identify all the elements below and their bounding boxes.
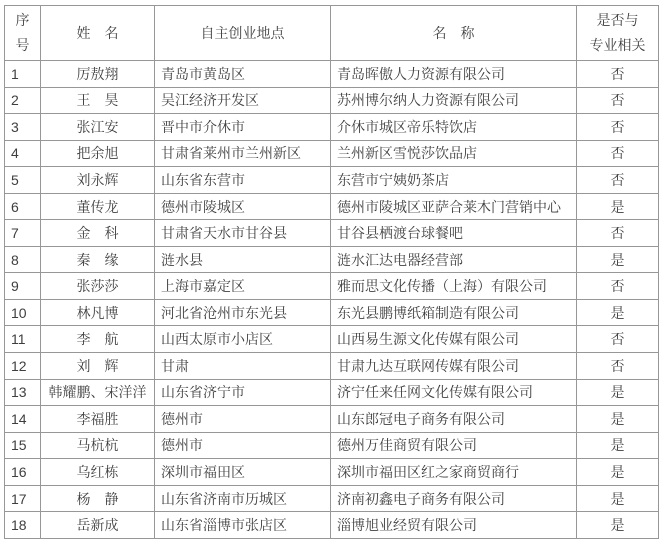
cell-startup-location: 山东省济南市历城区 <box>155 485 331 512</box>
cell-major-related: 是 <box>577 512 659 539</box>
cell-major-related: 是 <box>577 193 659 220</box>
cell-seq-number: 13 <box>5 379 41 406</box>
cell-person-name: 韩耀鹏、宋洋洋 <box>41 379 155 406</box>
cell-major-related: 否 <box>577 353 659 380</box>
table-row: 16 乌红栋 深圳市福田区 深圳市福田区红之家商贸商行 是 <box>5 459 659 486</box>
cell-business-name: 青岛晖傲人力资源有限公司 <box>331 61 577 88</box>
cell-startup-location: 晋中市介休市 <box>155 114 331 141</box>
cell-startup-location: 德州市陵城区 <box>155 193 331 220</box>
cell-startup-location: 山东省东营市 <box>155 167 331 194</box>
cell-major-related: 是 <box>577 459 659 486</box>
table-row: 11 李 航 山西太原市小店区 山西易生源文化传媒有限公司 否 <box>5 326 659 353</box>
header-person-name: 姓 名 <box>41 6 155 61</box>
table-row: 1 厉敖翔 青岛市黄岛区 青岛晖傲人力资源有限公司 否 <box>5 61 659 88</box>
cell-seq-number: 2 <box>5 87 41 114</box>
cell-startup-location: 山东省济宁市 <box>155 379 331 406</box>
table-row: 7 金 科 甘肃省天水市甘谷县 甘谷县栖渡台球餐吧 否 <box>5 220 659 247</box>
cell-seq-number: 12 <box>5 353 41 380</box>
table-row: 15 马杭杭 德州市 德州万佳商贸有限公司 是 <box>5 432 659 459</box>
cell-business-name: 淄博旭业经贸有限公司 <box>331 512 577 539</box>
cell-business-name: 东光县鹏博纸箱制造有限公司 <box>331 299 577 326</box>
cell-person-name: 王 昊 <box>41 87 155 114</box>
cell-seq-number: 1 <box>5 61 41 88</box>
table-row: 18 岳新成 山东省淄博市张店区 淄博旭业经贸有限公司 是 <box>5 512 659 539</box>
table-header-row: 序 号 姓 名 自主创业地点 名 称 是否与 专业相关 <box>5 6 659 61</box>
cell-business-name: 济南初鑫电子商务有限公司 <box>331 485 577 512</box>
cell-person-name: 林凡博 <box>41 299 155 326</box>
cell-seq-number: 5 <box>5 167 41 194</box>
cell-business-name: 德州万佳商贸有限公司 <box>331 432 577 459</box>
header-major-related: 是否与 专业相关 <box>577 6 659 61</box>
cell-person-name: 李 航 <box>41 326 155 353</box>
cell-startup-location: 德州市 <box>155 432 331 459</box>
cell-person-name: 把余旭 <box>41 140 155 167</box>
cell-startup-location: 上海市嘉定区 <box>155 273 331 300</box>
cell-major-related: 否 <box>577 114 659 141</box>
cell-startup-location: 山东省淄博市张店区 <box>155 512 331 539</box>
table-row: 14 李福胜 德州市 山东郎冠电子商务有限公司 是 <box>5 406 659 433</box>
table-row: 8 秦 缘 涟水县 涟水汇达电器经营部 是 <box>5 246 659 273</box>
table-row: 10 林凡博 河北省沧州市东光县 东光县鹏博纸箱制造有限公司 是 <box>5 299 659 326</box>
cell-major-related: 否 <box>577 326 659 353</box>
cell-startup-location: 河北省沧州市东光县 <box>155 299 331 326</box>
cell-person-name: 刘 辉 <box>41 353 155 380</box>
cell-person-name: 乌红栋 <box>41 459 155 486</box>
cell-person-name: 金 科 <box>41 220 155 247</box>
table-row: 3 张江安 晋中市介休市 介休市城区帝乐特饮店 否 <box>5 114 659 141</box>
cell-seq-number: 16 <box>5 459 41 486</box>
cell-seq-number: 15 <box>5 432 41 459</box>
cell-major-related: 否 <box>577 273 659 300</box>
cell-business-name: 深圳市福田区红之家商贸商行 <box>331 459 577 486</box>
cell-startup-location: 甘肃省天水市甘谷县 <box>155 220 331 247</box>
cell-seq-number: 3 <box>5 114 41 141</box>
cell-seq-number: 8 <box>5 246 41 273</box>
cell-business-name: 甘肃九达互联网传媒有限公司 <box>331 353 577 380</box>
table-row: 13 韩耀鹏、宋洋洋 山东省济宁市 济宁任来任网文化传媒有限公司 是 <box>5 379 659 406</box>
header-seq-number: 序 号 <box>5 6 41 61</box>
cell-seq-number: 14 <box>5 406 41 433</box>
cell-business-name: 济宁任来任网文化传媒有限公司 <box>331 379 577 406</box>
cell-person-name: 岳新成 <box>41 512 155 539</box>
table-row: 9 张莎莎 上海市嘉定区 雅而思文化传播（上海）有限公司 否 <box>5 273 659 300</box>
cell-business-name: 介休市城区帝乐特饮店 <box>331 114 577 141</box>
cell-startup-location: 涟水县 <box>155 246 331 273</box>
cell-seq-number: 9 <box>5 273 41 300</box>
cell-seq-number: 4 <box>5 140 41 167</box>
cell-person-name: 刘永辉 <box>41 167 155 194</box>
cell-startup-location: 吴江经济开发区 <box>155 87 331 114</box>
document-page: 序 号 姓 名 自主创业地点 名 称 是否与 专业相关 1 厉敖翔 青岛市黄岛区… <box>0 0 663 544</box>
cell-person-name: 董传龙 <box>41 193 155 220</box>
cell-person-name: 秦 缘 <box>41 246 155 273</box>
cell-person-name: 杨 静 <box>41 485 155 512</box>
cell-startup-location: 德州市 <box>155 406 331 433</box>
cell-business-name: 德州市陵城区亚萨合莱木门营销中心 <box>331 193 577 220</box>
cell-major-related: 否 <box>577 167 659 194</box>
cell-major-related: 是 <box>577 379 659 406</box>
cell-major-related: 是 <box>577 406 659 433</box>
cell-seq-number: 6 <box>5 193 41 220</box>
cell-major-related: 否 <box>577 220 659 247</box>
cell-business-name: 甘谷县栖渡台球餐吧 <box>331 220 577 247</box>
table-row: 6 董传龙 德州市陵城区 德州市陵城区亚萨合莱木门营销中心 是 <box>5 193 659 220</box>
cell-startup-location: 深圳市福田区 <box>155 459 331 486</box>
cell-business-name: 苏州博尔纳人力资源有限公司 <box>331 87 577 114</box>
cell-seq-number: 10 <box>5 299 41 326</box>
header-startup-location: 自主创业地点 <box>155 6 331 61</box>
cell-person-name: 厉敖翔 <box>41 61 155 88</box>
self-employment-table: 序 号 姓 名 自主创业地点 名 称 是否与 专业相关 1 厉敖翔 青岛市黄岛区… <box>4 5 659 539</box>
cell-business-name: 兰州新区雪悦莎饮品店 <box>331 140 577 167</box>
cell-person-name: 张莎莎 <box>41 273 155 300</box>
cell-major-related: 否 <box>577 61 659 88</box>
cell-major-related: 是 <box>577 432 659 459</box>
cell-startup-location: 青岛市黄岛区 <box>155 61 331 88</box>
cell-person-name: 张江安 <box>41 114 155 141</box>
table-row: 4 把余旭 甘肃省莱州市兰州新区 兰州新区雪悦莎饮品店 否 <box>5 140 659 167</box>
cell-business-name: 山西易生源文化传媒有限公司 <box>331 326 577 353</box>
cell-seq-number: 7 <box>5 220 41 247</box>
cell-business-name: 涟水汇达电器经营部 <box>331 246 577 273</box>
cell-major-related: 是 <box>577 299 659 326</box>
cell-seq-number: 11 <box>5 326 41 353</box>
cell-seq-number: 18 <box>5 512 41 539</box>
table-row: 5 刘永辉 山东省东营市 东营市宁姨奶茶店 否 <box>5 167 659 194</box>
cell-startup-location: 甘肃省莱州市兰州新区 <box>155 140 331 167</box>
cell-major-related: 否 <box>577 87 659 114</box>
cell-person-name: 马杭杭 <box>41 432 155 459</box>
cell-startup-location: 山西太原市小店区 <box>155 326 331 353</box>
header-business-name: 名 称 <box>331 6 577 61</box>
table-row: 17 杨 静 山东省济南市历城区 济南初鑫电子商务有限公司 是 <box>5 485 659 512</box>
cell-business-name: 山东郎冠电子商务有限公司 <box>331 406 577 433</box>
table-row: 2 王 昊 吴江经济开发区 苏州博尔纳人力资源有限公司 否 <box>5 87 659 114</box>
cell-seq-number: 17 <box>5 485 41 512</box>
cell-business-name: 东营市宁姨奶茶店 <box>331 167 577 194</box>
cell-major-related: 否 <box>577 140 659 167</box>
cell-business-name: 雅而思文化传播（上海）有限公司 <box>331 273 577 300</box>
cell-startup-location: 甘肃 <box>155 353 331 380</box>
table-row: 12 刘 辉 甘肃 甘肃九达互联网传媒有限公司 否 <box>5 353 659 380</box>
table-body: 1 厉敖翔 青岛市黄岛区 青岛晖傲人力资源有限公司 否 2 王 昊 吴江经济开发… <box>5 61 659 539</box>
cell-person-name: 李福胜 <box>41 406 155 433</box>
cell-major-related: 是 <box>577 485 659 512</box>
cell-major-related: 是 <box>577 246 659 273</box>
